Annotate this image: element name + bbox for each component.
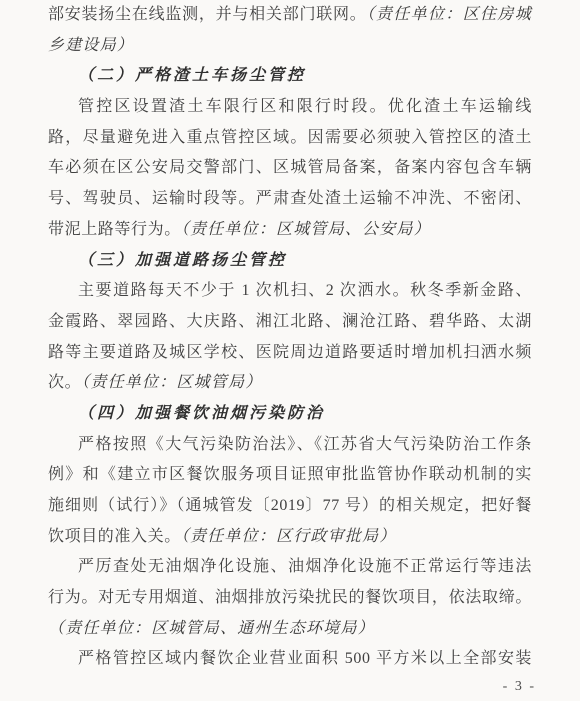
body-text: 路等主要道路及城区学校、医院周边道路要适时增加机扫洒水频 [48, 344, 532, 361]
section-heading: （二）严格渣土车扬尘管控 [78, 67, 306, 84]
text-line: 车必须在区公安局交警部门、区城管局备案，备案内容包含车辆 [48, 153, 532, 184]
text-line: 路，尽量避免进入重点管控区域。因需要必须驶入管控区的渣土 [48, 123, 532, 154]
text-line: （责任单位：区城管局、通州生态环境局） [48, 614, 532, 645]
text-line: 金霞路、翠园路、大庆路、湘江北路、澜沧江路、碧华路、太湖 [48, 307, 532, 338]
text-line: 严厉查处无油烟净化设施、油烟净化设施不正常运行等违法 [48, 552, 532, 583]
text-line: （二）严格渣土车扬尘管控 [48, 61, 532, 92]
responsibility-note: （责任单位：区城管局、公安局） [181, 221, 431, 238]
text-line: 主要道路每天不少于 1 次机扫、2 次洒水。秋冬季新金路、 [48, 276, 532, 307]
responsibility-note: （责任单位：区行政审批局） [181, 528, 397, 545]
text-line: 饮项目的准入关。（责任单位：区行政审批局） [48, 522, 532, 553]
responsibility-note: （责任单位：区城管局） [81, 374, 262, 391]
text-line: 带泥上路等行为。（责任单位：区城管局、公安局） [48, 215, 532, 246]
document-body: 部安装扬尘在线监测，并与相关部门联网。（责任单位：区住房城乡建设局）（二）严格渣… [48, 0, 532, 675]
text-line: 次。（责任单位：区城管局） [48, 368, 532, 399]
document-page: 部安装扬尘在线监测，并与相关部门联网。（责任单位：区住房城乡建设局）（二）严格渣… [0, 0, 580, 701]
section-heading: （三）加强道路扬尘管控 [78, 252, 287, 269]
page-number: - 3 - [503, 679, 536, 695]
text-line: （四）加强餐饮油烟污染防治 [48, 399, 532, 430]
text-line: 严格按照《大气污染防治法》、《江苏省大气污染防治工作条 [48, 430, 532, 461]
text-line: 部安装扬尘在线监测，并与相关部门联网。（责任单位：区住房城 [48, 0, 532, 31]
body-text: 例》和《建立市区餐饮服务项目证照审批监管协作联动机制的实 [48, 466, 532, 483]
text-line: 行为。对无专用烟道、油烟排放污染扰民的餐饮项目，依法取缔。 [48, 583, 532, 614]
text-line: 施细则（试行）》（通城管发〔2019〕77 号）的相关规定，把好餐 [48, 491, 532, 522]
text-line: 乡建设局） [48, 31, 532, 62]
body-text: 施细则（试行）》（通城管发〔2019〕77 号）的相关规定，把好餐 [48, 497, 532, 514]
text-line: 号、驾驶员、运输时段等。严肃查处渣土运输不冲洗、不密闭、 [48, 184, 532, 215]
body-text: 车必须在区公安局交警部门、区城管局备案，备案内容包含车辆 [48, 159, 532, 176]
text-line: 管控区设置渣土车限行区和限行时段。优化渣土车运输线 [48, 92, 532, 123]
text-line: 路等主要道路及城区学校、医院周边道路要适时增加机扫洒水频 [48, 338, 532, 369]
responsibility-note: （责任单位：区住房城 [367, 6, 532, 23]
body-text: 严格管控区域内餐饮企业营业面积 500 平方米以上全部安装 [78, 650, 532, 667]
body-text: 部安装扬尘在线监测，并与相关部门联网。 [48, 6, 367, 23]
body-text: 主要道路每天不少于 1 次机扫、2 次洒水。秋冬季新金路、 [78, 282, 532, 299]
body-text: 严格按照《大气污染防治法》、《江苏省大气污染防治工作条 [78, 436, 532, 453]
text-line: （三）加强道路扬尘管控 [48, 246, 532, 277]
body-text: 管控区设置渣土车限行区和限行时段。优化渣土车运输线 [78, 98, 532, 115]
body-text: 金霞路、翠园路、大庆路、湘江北路、澜沧江路、碧华路、太湖 [48, 313, 532, 330]
text-line: 严格管控区域内餐饮企业营业面积 500 平方米以上全部安装 [48, 644, 532, 675]
body-text: 严厉查处无油烟净化设施、油烟净化设施不正常运行等违法 [78, 558, 532, 575]
body-text: 行为。对无专用烟道、油烟排放污染扰民的餐饮项目，依法取缔。 [48, 589, 532, 606]
body-text: 带泥上路等行为。 [48, 221, 181, 238]
body-text: 次。 [48, 374, 81, 391]
body-text: 路，尽量避免进入重点管控区域。因需要必须驶入管控区的渣土 [48, 129, 532, 146]
responsibility-note: （责任单位：区城管局、通州生态环境局） [48, 620, 375, 637]
responsibility-note: 乡建设局） [48, 37, 134, 54]
section-heading: （四）加强餐饮油烟污染防治 [78, 405, 325, 422]
text-line: 例》和《建立市区餐饮服务项目证照审批监管协作联动机制的实 [48, 460, 532, 491]
body-text: 号、驾驶员、运输时段等。严肃查处渣土运输不冲洗、不密闭、 [48, 190, 532, 207]
body-text: 饮项目的准入关。 [48, 528, 181, 545]
